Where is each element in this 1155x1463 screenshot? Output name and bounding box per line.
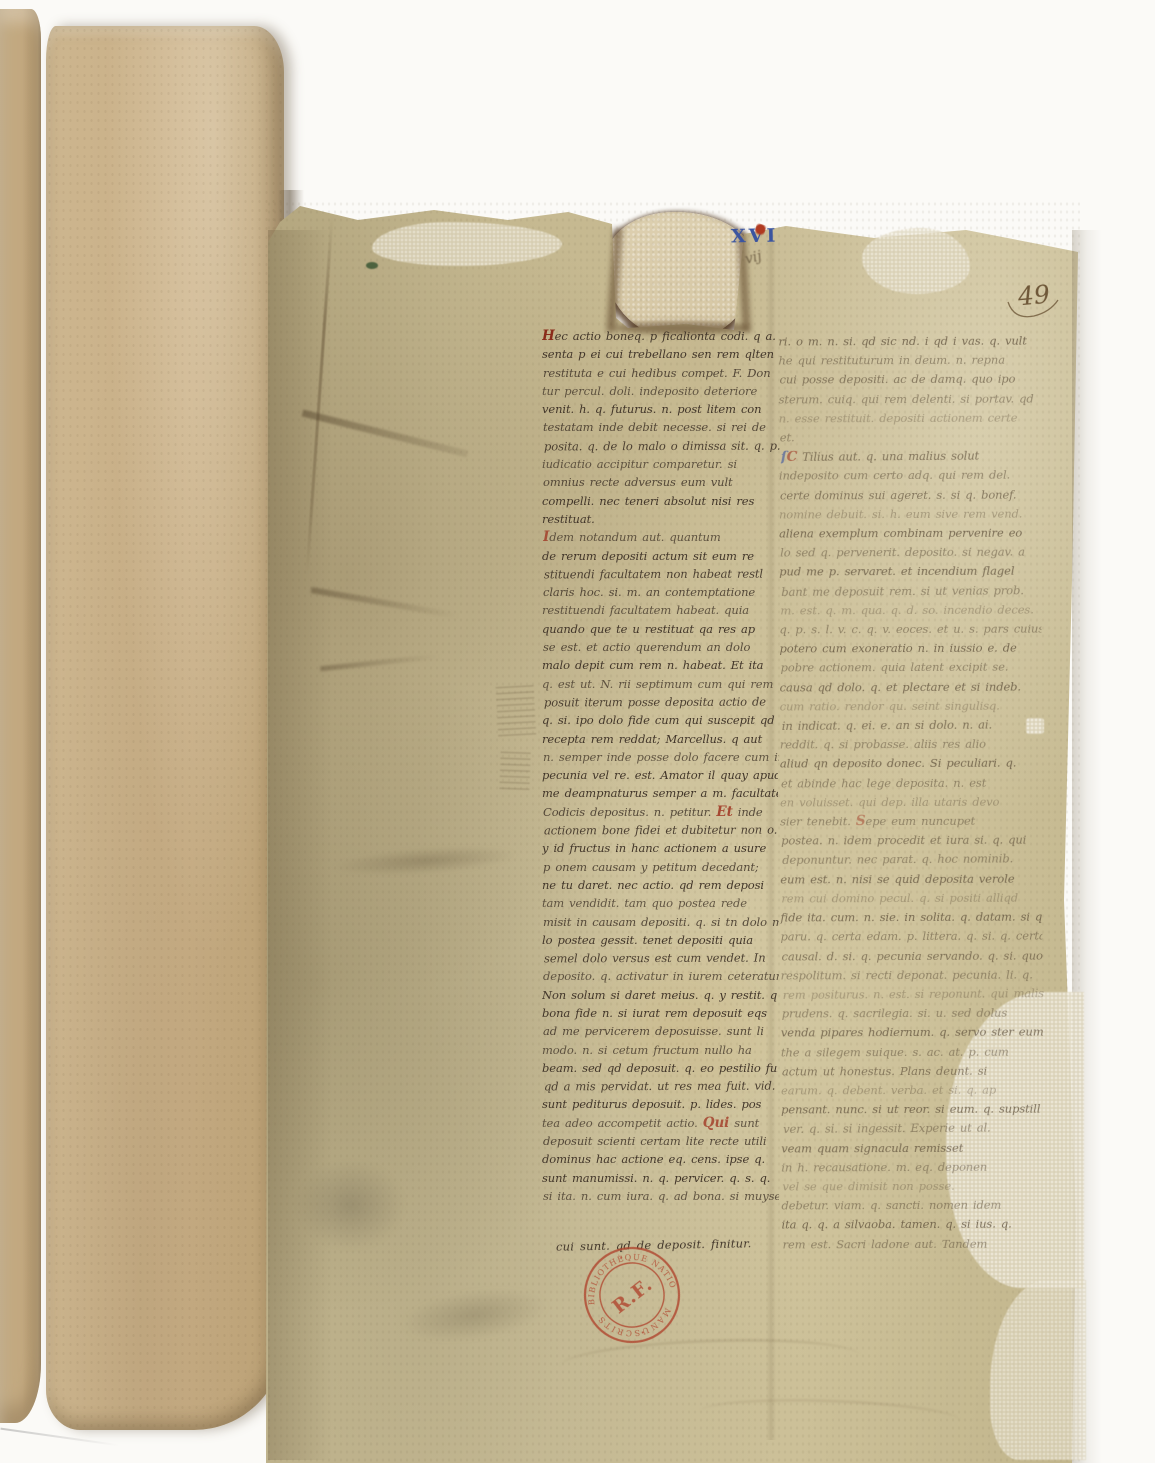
manuscript-text-line: restituta e cui hedibus compet. F. Don [543,364,779,382]
manuscript-text-line: causa qd dolo. q. et plectare et si inde… [780,677,1042,697]
manuscript-text-line: compelli. nec teneri absolut nisi res [542,492,778,510]
manuscript-text-line: rem positurus. n. est. si reponunt. qui … [783,984,1045,1005]
text-column-1: Hec actio boneq. p ficalionta codi. q a.… [542,327,778,1205]
manuscript-text-line: claris hoc. si. m. an contemptatione [543,583,779,601]
manuscript-text-line: cum ratio. rendor qu. seint singulisq. [780,696,1042,716]
manuscript-text-line: prudens. q. sacrilegia. si. u. sed dolus [782,1004,1044,1024]
manuscript-text-line: reddit. q. si probasse. aliis res alio [780,735,1042,755]
manuscript-text-line: deposito. q. activatur in iurem ceteratu… [543,967,779,985]
manuscript-text-line: posuit iterum posse deposita actio de [544,693,780,712]
manuscript-text-line: q. est ut. N. rii septimum cum qui rem [542,675,778,693]
manuscript-text-line: pensant. nunc. si ut reor. si eum. q. su… [781,1100,1043,1120]
manuscript-text-line: p onem causam y petitum decedant; [543,858,779,876]
manuscript-text-line: cui posse depositi. ac de damq. quo ipo [780,370,1042,390]
manuscript-text-line: Codicis depositus. n. petitur. Et inde [543,803,779,821]
manuscript-text-line: restituendi facultatem habeat. quia [542,601,778,619]
manuscript-text-line: ver. q. si. si ingessit. Experie ut al. [783,1118,1045,1139]
manuscript-text-line: et. [780,428,1042,448]
manuscript-text-line: deposuit scienti certam lite recte utili [543,1132,779,1150]
manuscript-text-line: malo depit cum rem n. habeat. Et ita [542,656,778,674]
manuscript-text-line: et abinde hac lege deposita. n. est [781,773,1043,793]
manuscript-text-line: indeposito cum certo adq. qui rem del. [779,466,1041,486]
marginal-gloss [499,751,530,792]
flyleaf-paper-texture [46,26,284,1430]
manuscript-text-line: nomine debuit. si. h. eum sive rem vend. [779,504,1041,524]
manuscript-text-line: modo. n. si cetum fructum nullo ha [542,1041,778,1059]
manuscript-text-line: Non solum si daret meius. q. y restit. q… [542,986,778,1004]
manuscript-text-line: recepta rem reddat; Marcellus. q aut [542,730,778,748]
manuscript-text-line: pecunia vel re. est. Amator il quay apud [542,766,778,784]
manuscript-text-line: aliena exemplum combinam pervenire eo [779,524,1041,544]
manuscript-text-line: ita q. q. a silvaoba. tamen. q. si ius. … [781,1215,1043,1235]
manuscript-scan: XVI vij 49 Hec actio boneq. p ficalionta… [0,0,1155,1463]
manuscript-text-line: ſC Tilius aut. q. una malius solut [781,446,1043,467]
manuscript-text-line: pud me p. servaret. et incendium flagel [779,562,1041,582]
manuscript-text-line: qd a mis pervidat. ut res mea fuit. vid. [544,1077,780,1096]
manuscript-text-line: causal. d. si. q. pecunia servando. q. s… [782,946,1044,966]
manuscript-text-line: sier tenebit. Sepe eum nuncupet [780,812,1042,832]
manuscript-text-line: beam. sed qd deposuit. q. eo pestilio fu… [542,1059,778,1077]
manuscript-text-line: misit in causam depositi. q. si tn dolo … [543,913,779,931]
manuscript-text-line: me deampnaturus semper a m. facultate [542,784,778,802]
manuscript-text-line: Hec actio boneq. p ficalionta codi. q a. [542,327,778,345]
manuscript-text-line: actionem bone fidei et dubitetur non o. [544,821,780,840]
manuscript-text-line: q. si. ipo dolo fide cum qui suscepit qd [542,711,778,729]
manuscript-text-line: earum. q. debent. verba. et si. q. ap [781,1080,1043,1100]
abrasion-patch [862,228,970,294]
manuscript-text-line: debetur. viam. q. sancti. nomen idem [781,1196,1043,1216]
manuscript-text-line: n. esse restituit. depositi actionem cer… [779,408,1041,428]
manuscript-text-line: posita. q. de lo malo o dimissa sit. q. … [544,436,780,455]
manuscript-text-line: dominus hac actione eq. cens. ipse q. [542,1150,778,1168]
manuscript-text-line: bant me deposuit rem. si ut venias prob. [781,581,1043,602]
manuscript-text-line: rem est. Sacri ladone aut. Tandem [783,1234,1045,1254]
manuscript-text-line: veam quam signacula remisset [781,1138,1043,1158]
manuscript-text-line: de rerum depositi actum sit eum re [542,547,778,565]
manuscript-text-line: rem cui domino pecul. q. si positi alliq… [781,888,1043,908]
manuscript-text-line: fide ita. cum. n. sie. in solita. q. dat… [780,908,1042,928]
manuscript-text-line: q. p. s. l. v. c. q. v. eoces. et u. s. … [779,620,1041,640]
manuscript-text-line: deponuntur. nec parat. q. hoc nominib. [782,850,1044,871]
manuscript-text-line: tam vendidit. tam quo postea rede [542,894,778,912]
manuscript-text-line: lo postea gessit. tenet depositi quia [542,931,778,949]
manuscript-text-line: y id fructus in hanc actionem a usure [542,839,778,857]
manuscript-text-line: sunt pediturus deposuit. p. lides. pos [542,1095,778,1113]
manuscript-text-line: ne tu daret. nec actio. qd rem deposi [542,876,778,894]
manuscript-text-line: lo sed q. pervenerit. deposito. si negav… [780,543,1042,563]
manuscript-text-line: respolitum. si recti deponat. pecunia. l… [781,965,1043,985]
manuscript-text-line: vel se que dimisit non posse. [782,1176,1044,1196]
manuscript-text-line: aliud qn deposito donec. Si peculiari. q… [780,754,1042,774]
manuscript-text-line: quando que te u restituat qa res ap [542,620,778,638]
manuscript-text-line: n. semper inde posse dolo facere cum in [543,748,779,766]
manuscript-text-line: actum ut honestus. Plans deunt. si [782,1061,1044,1081]
manuscript-text-line: venit. h. q. futurus. n. post litem con [542,400,778,418]
manuscript-text-line: potero cum exoneratio n. in iussio e. de [779,639,1041,659]
stamp-center-text: R.F. [608,1273,657,1318]
manuscript-text-line: ri. o m. n. si. qd sic nd. i qd i vas. q… [778,332,1040,352]
manuscript-text-line: senta p ei cui trebellano sen rem qlten [542,345,778,363]
marginal-gloss [496,685,537,739]
manuscript-text-line: sunt manumissi. n. q. pervicer. q. s. q. [542,1169,778,1187]
manuscript-text-line: Idem notandum aut. quantum [543,528,779,546]
manuscript-text-line: testatam inde debit necesse. si rei de [543,418,779,436]
manuscript-text-line: semel dolo versus est cum vendet. In [544,949,780,968]
flyleaf-edge-strip [0,9,41,1423]
manuscript-text-line: m. est. q. m. qua. q. d. so. incendio de… [780,600,1042,620]
backdrop-edge-line [0,1428,119,1447]
manuscript-text-line: in indicat. q. ei. e. an si dolo. n. ai. [782,715,1044,736]
text-column-2: ri. o m. n. si. qd sic nd. i qd i vas. q… [778,332,1043,1255]
manuscript-text-line: omnius recte adversus eum vult [543,473,779,491]
manuscript-text-line: en voluisset. qui dep. illa utaris devo [780,792,1042,812]
manuscript-text-line: se est. et actio querendum an dolo [543,638,779,656]
manuscript-text-line: si ita. n. cum iura. q. ad bona. si muys… [543,1187,779,1205]
manuscript-text-line: eum est. n. nisi se quid deposita verole [780,869,1042,889]
manuscript-text-line: sterum. cuiq. qui rem delenti. si portav… [779,389,1041,409]
manuscript-text-line: ad me pervicerem deposuisse. sunt li [543,1022,779,1040]
manuscript-text-line: pobre actionem. quia latent excipit se. [781,658,1043,678]
manuscript-text-line: the a silegem suique. s. ac. at. p. cum [781,1042,1043,1062]
manuscript-text-line: restituat. [542,510,778,528]
manuscript-text-line: certe dominus sui ageret. s. si q. bonef… [780,485,1042,505]
manuscript-text-line: stituendi facultatem non habeat restl [544,564,780,583]
folio-number-flourish [1004,296,1062,322]
manuscript-text-line: iudicatio accipitur comparetur. si [542,455,778,473]
manuscript-text-line: in h. recausatione. m. eq. deponen [781,1157,1043,1177]
manuscript-text-line: postea. n. idem procedit et iura si. q. … [781,831,1043,851]
manuscript-text-line: paru. q. certa edam. p. littera. q. si. … [780,927,1042,947]
manuscript-text-line: venda pipares hodiernum. q. servo ster e… [781,1023,1043,1043]
manuscript-text-line: bona fide n. si iurat rem deposuit eqs [542,1004,778,1022]
manuscript-text-line: he qui restituturum in deum. n. repna [778,351,1040,371]
manuscript-text-line: tea adeo accompetit actio. Qui sunt [542,1114,778,1132]
manuscript-text-line: tur percul. doli. indeposito deteriore [542,382,778,400]
